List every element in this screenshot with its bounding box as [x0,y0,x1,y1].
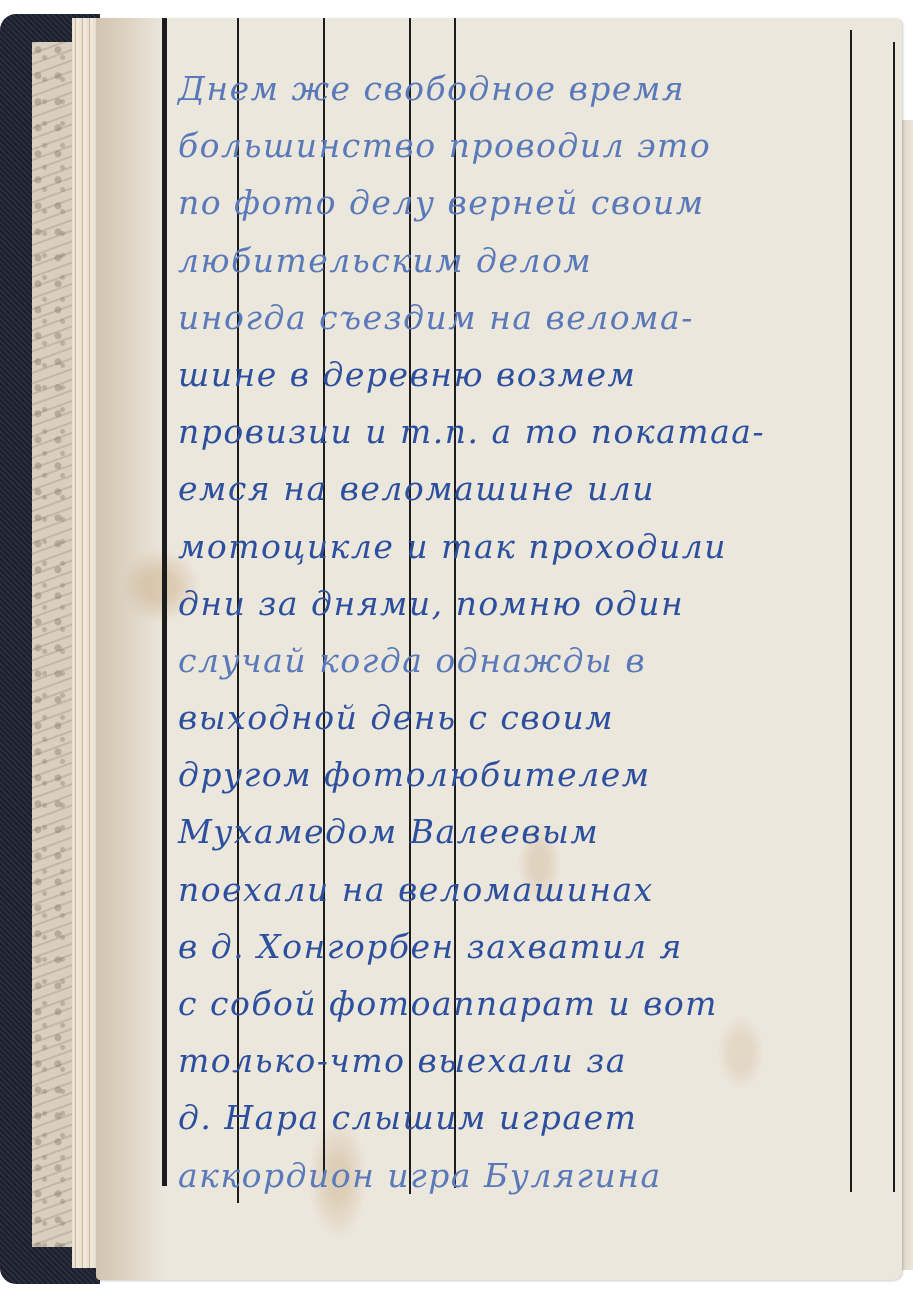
text-line: д. Нара слышим играет [178,1089,878,1146]
text-line: выходной день с своим [178,689,878,746]
text-line: Мухамедом Валеевым [178,803,878,860]
text-line: большинство проводил это [178,117,878,174]
text-line: шине в деревню возмем [178,346,878,403]
text-line: по фото делу верней своим [178,174,878,231]
text-line: другом фотолюбителем [178,746,878,803]
text-line: любительским делом [178,232,878,289]
text-line: аккордион игра Булягина [178,1147,878,1204]
text-line: емся на веломашине или [178,460,878,517]
text-line: иногда съездим на велома- [178,289,878,346]
text-line: дни за днями, помню один [178,575,878,632]
text-line: поехали на веломашинах [178,861,878,918]
text-line: только-что выехали за [178,1032,878,1089]
text-line: Днем же свободное время [178,60,878,117]
text-line: провизии и т.п. а то покатаа- [178,403,878,460]
text-line: в д. Хонгорбен захватил я [178,918,878,975]
margin-rule [162,18,167,1186]
text-line: мотоцикле и так проходили [178,518,878,575]
text-line: с собой фотоаппарат и вот [178,975,878,1032]
text-line: случай когда однажды в [178,632,878,689]
column-rule [893,42,895,1192]
handwritten-text: Днем же свободное время большинство пров… [178,60,878,1204]
decorative-endpaper [32,42,74,1247]
